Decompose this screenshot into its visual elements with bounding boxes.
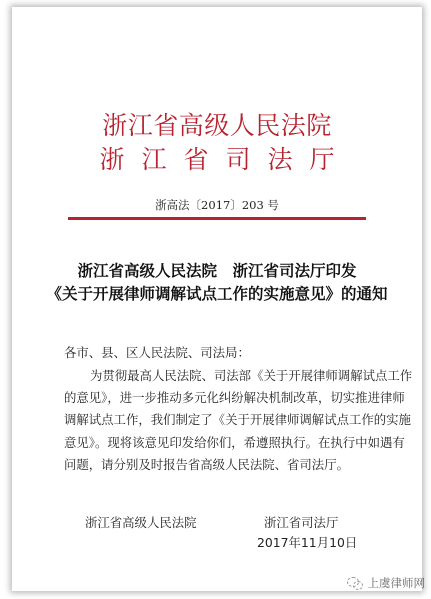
body-line: 的意见》，进一步推动多元化纠纷解决机制改革，切实推进律师 xyxy=(64,388,405,406)
signature-court: 浙江省高级人民法院 xyxy=(85,513,197,531)
document-page: 浙江省高级人民法院 浙江省司法厅 浙高法〔2017〕203 号 浙江省高级人民法… xyxy=(12,7,422,591)
body-line: 意见》。现将该意见印发给你们，希遵照执行。在执行中如遇有 xyxy=(64,433,405,451)
notice-title-line2: 《关于开展律师调解试点工作的实施意见》的通知 xyxy=(12,282,422,304)
notice-title-line1: 浙江省高级人民法院 浙江省司法厅印发 xyxy=(12,259,422,281)
watermark-text: 上虞律师网 xyxy=(368,575,426,591)
body-line: 调解试点工作，我们制定了《关于开展律师调解试点工作的实施 xyxy=(64,410,411,428)
body-line: 问题，请分别及时报告省高级人民法院、省司法厅。 xyxy=(64,455,349,473)
signature-date: 2017年11月10日 xyxy=(257,533,357,551)
wechat-icon xyxy=(347,577,363,589)
document-number: 浙高法〔2017〕203 号 xyxy=(12,197,422,213)
salutation: 各市、县、区人民法院、司法局： xyxy=(64,343,250,361)
letterhead-justice-dept: 浙江省司法厅 xyxy=(12,145,422,175)
body-line: 为贯彻最高人民法院、司法部《关于开展律师调解试点工作 xyxy=(90,366,412,384)
letterhead-court: 浙江省高级人民法院 xyxy=(12,111,422,141)
red-divider xyxy=(68,217,366,220)
signature-justice-dept: 浙江省司法厅 xyxy=(264,513,338,531)
watermark: 上虞律师网 xyxy=(347,575,426,591)
